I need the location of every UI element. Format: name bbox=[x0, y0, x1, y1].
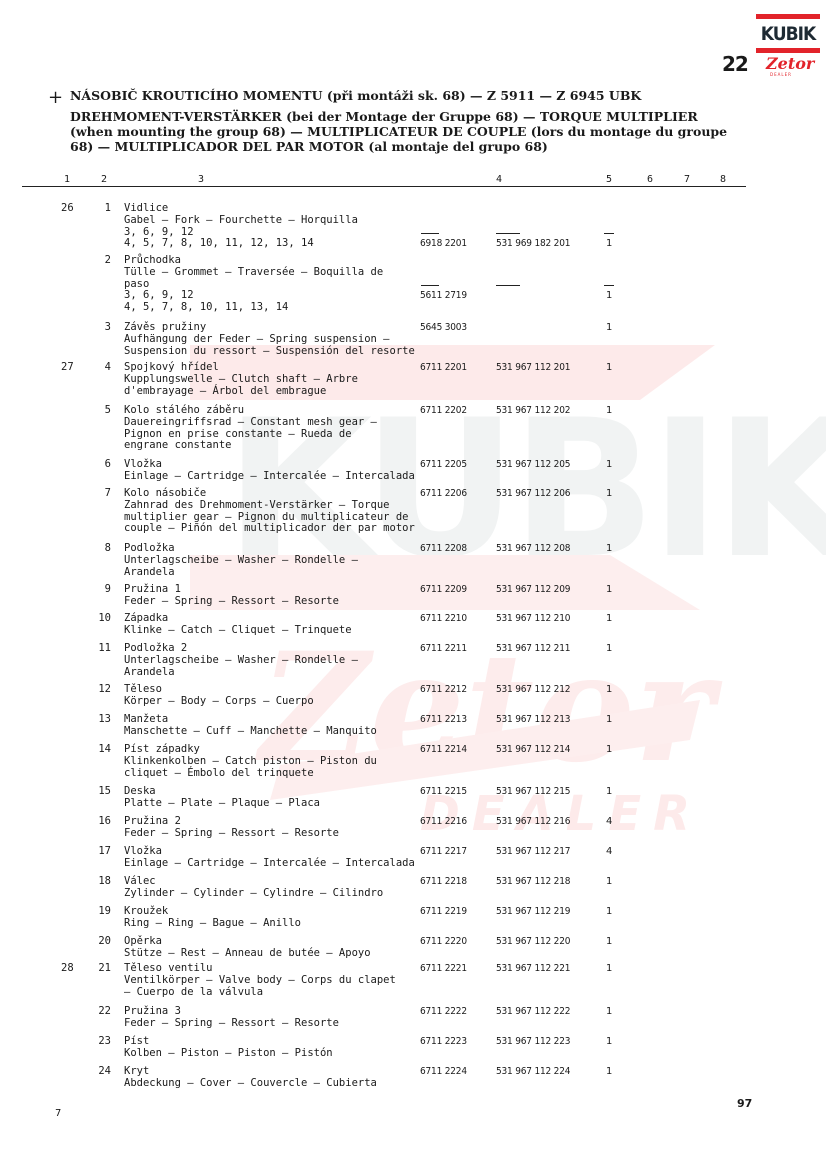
part-description-line: Feder — Spring — Ressort — Resorte bbox=[124, 596, 424, 608]
position-number: 6 bbox=[91, 459, 111, 471]
part-number: 6711 2220 bbox=[420, 936, 467, 948]
part-description: Kolo stálého záběruDauereingriffsrad — C… bbox=[124, 405, 424, 452]
variant-dash bbox=[604, 285, 614, 286]
position-number: 11 bbox=[91, 643, 111, 655]
position-number: 17 bbox=[91, 846, 111, 858]
catalog-number: 531 967 112 221 bbox=[496, 963, 570, 975]
quantity: 1 bbox=[606, 684, 612, 696]
position-number: 15 bbox=[91, 786, 111, 798]
position-number: 9 bbox=[91, 584, 111, 596]
part-description-line: Körper — Body — Corps — Cuerpo bbox=[124, 696, 424, 708]
part-description: Pružina 3Feder — Spring — Ressort — Reso… bbox=[124, 1006, 424, 1030]
position-number: 19 bbox=[91, 906, 111, 918]
part-description-line: Unterlagscheibe — Washer — Rondelle — bbox=[124, 555, 424, 567]
position-number: 8 bbox=[91, 543, 111, 555]
page-number: 97 bbox=[737, 1097, 752, 1110]
part-number: 6711 2205 bbox=[420, 459, 467, 471]
part-number: 6711 2211 bbox=[420, 643, 467, 655]
position-number: 24 bbox=[91, 1066, 111, 1078]
part-description-line: Ring — Ring — Bague — Anillo bbox=[124, 918, 424, 930]
catalog-number: 531 967 112 209 bbox=[496, 584, 570, 596]
catalog-number: 531 967 112 208 bbox=[496, 543, 570, 555]
catalog-number: 531 967 112 214 bbox=[496, 744, 570, 756]
part-description: KrytAbdeckung — Cover — Couvercle — Cubi… bbox=[124, 1066, 424, 1090]
part-number: 6711 2221 bbox=[420, 963, 467, 975]
figure-number: 28 bbox=[61, 963, 74, 975]
part-description-line: Arandela bbox=[124, 667, 424, 679]
quantity: 4 bbox=[606, 846, 612, 858]
catalog-number: 531 969 182 201 bbox=[496, 238, 570, 250]
variant-dash bbox=[496, 233, 520, 234]
column-header-4: 4 bbox=[496, 174, 502, 185]
catalog-number: 531 967 112 217 bbox=[496, 846, 570, 858]
part-description-line: Unterlagscheibe — Washer — Rondelle — bbox=[124, 655, 424, 667]
logo-tagline: DEALER bbox=[770, 72, 792, 77]
part-description-line: 4, 5, 7, 8, 10, 11, 13, 14 bbox=[124, 302, 424, 314]
part-description-line: Arandela bbox=[124, 567, 424, 579]
variant-dash bbox=[421, 233, 439, 234]
column-header-8: 8 bbox=[720, 174, 726, 185]
catalog-number: 531 967 112 219 bbox=[496, 906, 570, 918]
part-description: VložkaEinlage — Cartridge — Intercalée —… bbox=[124, 459, 424, 483]
quantity: 1 bbox=[606, 906, 612, 918]
group-number: 22 bbox=[722, 52, 748, 76]
part-number: 6711 2213 bbox=[420, 714, 467, 726]
part-number: 6711 2201 bbox=[420, 362, 467, 374]
quantity: 1 bbox=[606, 290, 612, 302]
part-description-line: Dauereingriffsrad — Constant mesh gear — bbox=[124, 417, 424, 429]
catalog-number: 531 967 112 222 bbox=[496, 1006, 570, 1018]
catalog-number: 531 967 112 216 bbox=[496, 816, 570, 828]
position-number: 14 bbox=[91, 744, 111, 756]
position-number: 12 bbox=[91, 684, 111, 696]
logo-stripe-bottom bbox=[756, 48, 820, 53]
variant-dash bbox=[496, 285, 520, 286]
column-header-5: 5 bbox=[606, 174, 612, 185]
catalog-number: 531 967 112 220 bbox=[496, 936, 570, 948]
part-description: VložkaEinlage — Cartridge — Intercalée —… bbox=[124, 846, 424, 870]
part-description-line: Klinkenkolben — Catch piston — Piston du bbox=[124, 756, 424, 768]
part-number: 6711 2219 bbox=[420, 906, 467, 918]
parts-catalog-page: KUBIK Zetor DEALER 22 + NÁSOBIČ KROUTICÍ… bbox=[0, 0, 826, 1169]
quantity: 1 bbox=[606, 543, 612, 555]
part-description: KroužekRing — Ring — Bague — Anillo bbox=[124, 906, 424, 930]
column-header-3: 3 bbox=[198, 174, 204, 185]
part-description-line: Stütze — Rest — Anneau de butée — Apoyo bbox=[124, 948, 424, 960]
quantity: 1 bbox=[606, 963, 612, 975]
catalog-number: 531 967 112 206 bbox=[496, 488, 570, 500]
footer-marker: 7 bbox=[55, 1108, 61, 1119]
part-description: Pružina 2Feder — Spring — Ressort — Reso… bbox=[124, 816, 424, 840]
catalog-number: 531 967 112 224 bbox=[496, 1066, 570, 1078]
column-header-6: 6 bbox=[647, 174, 653, 185]
part-description-line: Kolben — Piston — Piston — Pistón bbox=[124, 1048, 424, 1060]
quantity: 1 bbox=[606, 488, 612, 500]
catalog-number: 531 967 112 211 bbox=[496, 643, 570, 655]
part-description: OpěrkaStütze — Rest — Anneau de butée — … bbox=[124, 936, 424, 960]
part-description: ManžetaManschette — Cuff — Manchette — M… bbox=[124, 714, 424, 738]
part-description-line: Klinke — Catch — Cliquet — Trinquete bbox=[124, 625, 424, 637]
position-number: 21 bbox=[91, 963, 111, 975]
part-description-line: Zahnrad des Drehmoment-Verstärker — Torq… bbox=[124, 500, 424, 512]
part-description: PrůchodkaTülle — Grommet — Traversée — B… bbox=[124, 255, 424, 314]
figure-number: 27 bbox=[61, 362, 74, 374]
part-number: 6711 2217 bbox=[420, 846, 467, 858]
part-description: Podložka 2Unterlagscheibe — Washer — Ron… bbox=[124, 643, 424, 678]
position-number: 1 bbox=[91, 203, 111, 215]
quantity: 4 bbox=[606, 816, 612, 828]
catalog-number: 531 967 112 212 bbox=[496, 684, 570, 696]
position-number: 3 bbox=[91, 322, 111, 334]
part-description: PístKolben — Piston — Piston — Pistón bbox=[124, 1036, 424, 1060]
catalog-number: 531 967 112 201 bbox=[496, 362, 570, 374]
part-number: 6711 2212 bbox=[420, 684, 467, 696]
position-number: 2 bbox=[91, 255, 111, 267]
part-description-line: Feder — Spring — Ressort — Resorte bbox=[124, 1018, 424, 1030]
quantity: 1 bbox=[606, 584, 612, 596]
part-description: ZápadkaKlinke — Catch — Cliquet — Trinqu… bbox=[124, 613, 424, 637]
plus-marker-icon: + bbox=[48, 90, 63, 106]
quantity: 1 bbox=[606, 322, 612, 334]
title-line-en-fr: (when mounting the group 68) — MULTIPLIC… bbox=[70, 124, 727, 140]
position-number: 10 bbox=[91, 613, 111, 625]
part-description-line: cliquet — Émbolo del trinquete bbox=[124, 768, 424, 780]
quantity: 1 bbox=[606, 1066, 612, 1078]
title-line-es: 68) — MULTIPLICADOR DEL PAR MOTOR (al mo… bbox=[70, 139, 548, 155]
position-number: 5 bbox=[91, 405, 111, 417]
quantity: 1 bbox=[606, 936, 612, 948]
catalog-number: 531 967 112 210 bbox=[496, 613, 570, 625]
part-description-line: — Cuerpo de la válvula bbox=[124, 987, 424, 999]
catalog-number: 531 967 112 205 bbox=[496, 459, 570, 471]
quantity: 1 bbox=[606, 362, 612, 374]
part-description-line: Suspension du ressort — Suspensión del r… bbox=[124, 346, 424, 358]
figure-number: 26 bbox=[61, 203, 74, 215]
title-line-cz: NÁSOBIČ KROUTICÍHO MOMENTU (při montáži … bbox=[70, 88, 641, 104]
variant-dash bbox=[421, 285, 439, 286]
part-number: 6711 2208 bbox=[420, 543, 467, 555]
part-number: 6711 2223 bbox=[420, 1036, 467, 1048]
part-description-line: Abdeckung — Cover — Couvercle — Cubierta bbox=[124, 1078, 424, 1090]
logo-sub-brand: Zetor bbox=[766, 56, 814, 72]
catalog-number: 531 967 112 218 bbox=[496, 876, 570, 888]
part-description: Závěs pružinyAufhängung der Feder — Spri… bbox=[124, 322, 424, 357]
part-number: 6711 2210 bbox=[420, 613, 467, 625]
quantity: 1 bbox=[606, 1006, 612, 1018]
part-description: VálecZylinder — Cylinder — Cylindre — Ci… bbox=[124, 876, 424, 900]
part-description: Pružina 1Feder — Spring — Ressort — Reso… bbox=[124, 584, 424, 608]
header-divider bbox=[22, 186, 746, 187]
quantity: 1 bbox=[606, 613, 612, 625]
part-description-line: Aufhängung der Feder — Spring suspension… bbox=[124, 334, 424, 346]
part-description-line: Kupplungswelle — Clutch shaft — Arbre bbox=[124, 374, 424, 386]
part-number: 6711 2202 bbox=[420, 405, 467, 417]
quantity: 1 bbox=[606, 876, 612, 888]
logo-brand: KUBIK bbox=[758, 23, 818, 45]
part-description: VidliceGabel — Fork — Fourchette — Horqu… bbox=[124, 203, 424, 250]
quantity: 1 bbox=[606, 714, 612, 726]
quantity: 1 bbox=[606, 238, 612, 250]
column-header-7: 7 bbox=[684, 174, 690, 185]
part-description-line: Manschette — Cuff — Manchette — Manquito bbox=[124, 726, 424, 738]
part-description-line: 4, 5, 7, 8, 10, 11, 12, 13, 14 bbox=[124, 238, 424, 250]
part-number: 6711 2206 bbox=[420, 488, 467, 500]
title-line-de-en: DREHMOMENT-VERSTÄRKER (bei der Montage d… bbox=[70, 109, 698, 125]
quantity: 1 bbox=[606, 786, 612, 798]
catalog-number: 531 967 112 202 bbox=[496, 405, 570, 417]
catalog-number: 531 967 112 213 bbox=[496, 714, 570, 726]
part-description: PodložkaUnterlagscheibe — Washer — Ronde… bbox=[124, 543, 424, 578]
part-number: 6711 2218 bbox=[420, 876, 467, 888]
part-number: 6711 2216 bbox=[420, 816, 467, 828]
quantity: 1 bbox=[606, 643, 612, 655]
position-number: 20 bbox=[91, 936, 111, 948]
part-number: 6711 2224 bbox=[420, 1066, 467, 1078]
part-number: 6711 2209 bbox=[420, 584, 467, 596]
part-description: Spojkový hřídelKupplungswelle — Clutch s… bbox=[124, 362, 424, 397]
position-number: 23 bbox=[91, 1036, 111, 1048]
position-number: 7 bbox=[91, 488, 111, 500]
catalog-number: 531 967 112 215 bbox=[496, 786, 570, 798]
part-number: 6918 2201 bbox=[420, 238, 467, 250]
quantity: 1 bbox=[606, 744, 612, 756]
part-description: Těleso ventiluVentilkörper — Valve body … bbox=[124, 963, 424, 998]
part-description: DeskaPlatte — Plate — Plaque — Placa bbox=[124, 786, 424, 810]
part-description: Kolo násobičeZahnrad des Drehmoment-Vers… bbox=[124, 488, 424, 535]
part-description-line: Platte — Plate — Plaque — Placa bbox=[124, 798, 424, 810]
catalog-number: 531 967 112 223 bbox=[496, 1036, 570, 1048]
part-description-line: d'embrayage — Árbol del embrague bbox=[124, 386, 424, 398]
part-description-line: Gabel — Fork — Fourchette — Horquilla bbox=[124, 215, 424, 227]
part-description-line: Ventilkörper — Valve body — Corps du cla… bbox=[124, 975, 424, 987]
part-description-line: Feder — Spring — Ressort — Resorte bbox=[124, 828, 424, 840]
position-number: 22 bbox=[91, 1006, 111, 1018]
part-number: 5645 3003 bbox=[420, 322, 467, 334]
part-description-line: Einlage — Cartridge — Intercalée — Inter… bbox=[124, 858, 424, 870]
part-description-line: Tülle — Grommet — Traversée — Boquilla d… bbox=[124, 267, 424, 279]
part-description-line: engrane constante bbox=[124, 440, 424, 452]
part-number: 6711 2214 bbox=[420, 744, 467, 756]
part-description: Píst západkyKlinkenkolben — Catch piston… bbox=[124, 744, 424, 779]
part-description: TělesoKörper — Body — Corps — Cuerpo bbox=[124, 684, 424, 708]
variant-dash bbox=[604, 233, 614, 234]
quantity: 1 bbox=[606, 1036, 612, 1048]
position-number: 18 bbox=[91, 876, 111, 888]
position-number: 13 bbox=[91, 714, 111, 726]
quantity: 1 bbox=[606, 459, 612, 471]
position-number: 4 bbox=[91, 362, 111, 374]
column-header-2: 2 bbox=[101, 174, 107, 185]
quantity: 1 bbox=[606, 405, 612, 417]
kubik-zetor-logo: KUBIK Zetor DEALER bbox=[756, 14, 820, 76]
part-number: 5611 2719 bbox=[420, 290, 467, 302]
column-header-1: 1 bbox=[64, 174, 70, 185]
part-number: 6711 2222 bbox=[420, 1006, 467, 1018]
part-number: 6711 2215 bbox=[420, 786, 467, 798]
position-number: 16 bbox=[91, 816, 111, 828]
part-description-line: Zylinder — Cylinder — Cylindre — Cilindr… bbox=[124, 888, 424, 900]
part-description-line: Einlage — Cartridge — Intercalée — Inter… bbox=[124, 471, 424, 483]
logo-stripe-top bbox=[756, 14, 820, 19]
part-description-line: couple — Piñón del multiplicador der par… bbox=[124, 523, 424, 535]
